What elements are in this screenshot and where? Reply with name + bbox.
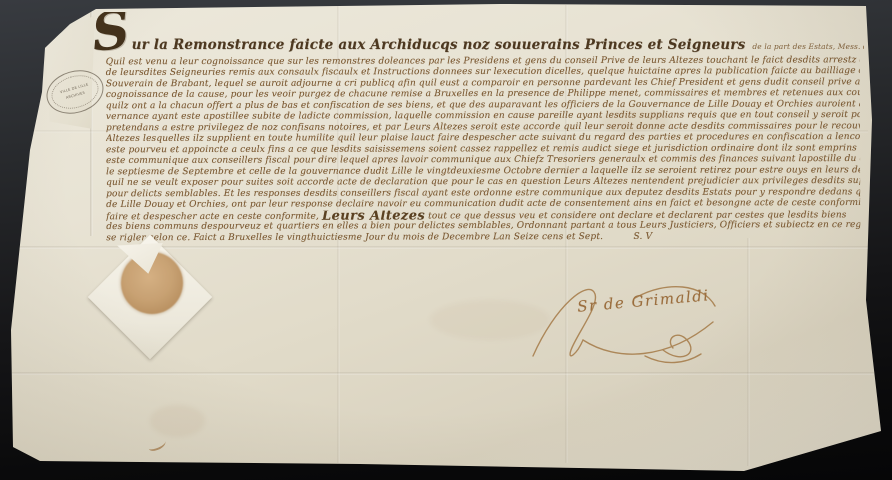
photo-backdrop: VILLE DE LILLE ARCHIVES S ur la Remonstr…: [0, 0, 892, 480]
vignette-overlay: [0, 0, 892, 480]
parchment: VILLE DE LILLE ARCHIVES S ur la Remonstr…: [0, 0, 892, 480]
